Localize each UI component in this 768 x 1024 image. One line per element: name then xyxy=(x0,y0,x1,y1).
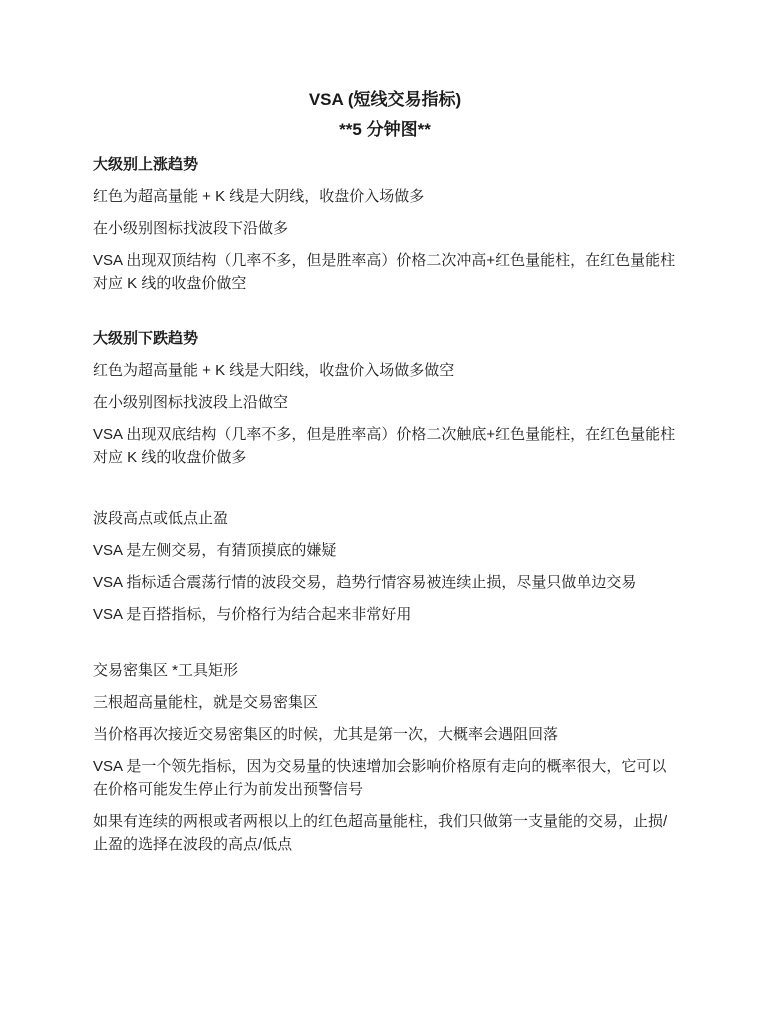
section-uptrend: 大级别上涨趋势 红色为超高量能 + K 线是大阴线，收盘价入场做多 在小级别图标… xyxy=(93,153,677,295)
section-heading-downtrend: 大级别下跌趋势 xyxy=(93,327,677,350)
section-congestion-zone: 交易密集区 *工具矩形 三根超高量能柱，就是交易密集区 当价格再次接近交易密集区… xyxy=(93,659,677,856)
section-downtrend: 大级别下跌趋势 红色为超高量能 + K 线是大阳线，收盘价入场做多做空 在小级别… xyxy=(93,327,677,469)
paragraph: 红色为超高量能 + K 线是大阴线，收盘价入场做多 xyxy=(93,185,677,208)
paragraph: VSA 是一个领先指标，因为交易量的快速增加会影响价格原有走向的概率很大，它可以… xyxy=(93,755,677,801)
paragraph: 红色为超高量能 + K 线是大阳线，收盘价入场做多做空 xyxy=(93,359,677,382)
paragraph: VSA 出现双顶结构（几率不多，但是胜率高）价格二次冲高+红色量能柱，在红色量能… xyxy=(93,249,677,295)
paragraph: VSA 指标适合震荡行情的波段交易，趋势行情容易被连续止损，尽量只做单边交易 xyxy=(93,571,677,594)
paragraph: 在小级别图标找波段下沿做多 xyxy=(93,217,677,240)
document-subtitle: **5 分钟图** xyxy=(93,118,677,141)
paragraph: 如果有连续的两根或者两根以上的红色超高量能柱，我们只做第一支量能的交易，止损/止… xyxy=(93,810,677,856)
paragraph: 交易密集区 *工具矩形 xyxy=(93,659,677,682)
document-title: VSA (短线交易指标) xyxy=(93,88,677,111)
paragraph: VSA 是百搭指标，与价格行为结合起来非常好用 xyxy=(93,603,677,626)
paragraph: VSA 出现双底结构（几率不多，但是胜率高）价格二次触底+红色量能柱，在红色量能… xyxy=(93,423,677,469)
document-page: VSA (短线交易指标) **5 分钟图** 大级别上涨趋势 红色为超高量能 +… xyxy=(0,0,768,1024)
paragraph: 在小级别图标找波段上沿做空 xyxy=(93,391,677,414)
section-take-profit-notes: 波段高点或低点止盈 VSA 是左侧交易，有猜顶摸底的嫌疑 VSA 指标适合震荡行… xyxy=(93,507,677,626)
paragraph: 三根超高量能柱，就是交易密集区 xyxy=(93,691,677,714)
paragraph: VSA 是左侧交易，有猜顶摸底的嫌疑 xyxy=(93,539,677,562)
section-heading-uptrend: 大级别上涨趋势 xyxy=(93,153,677,176)
paragraph: 当价格再次接近交易密集区的时候，尤其是第一次，大概率会遇阻回落 xyxy=(93,723,677,746)
paragraph: 波段高点或低点止盈 xyxy=(93,507,677,530)
